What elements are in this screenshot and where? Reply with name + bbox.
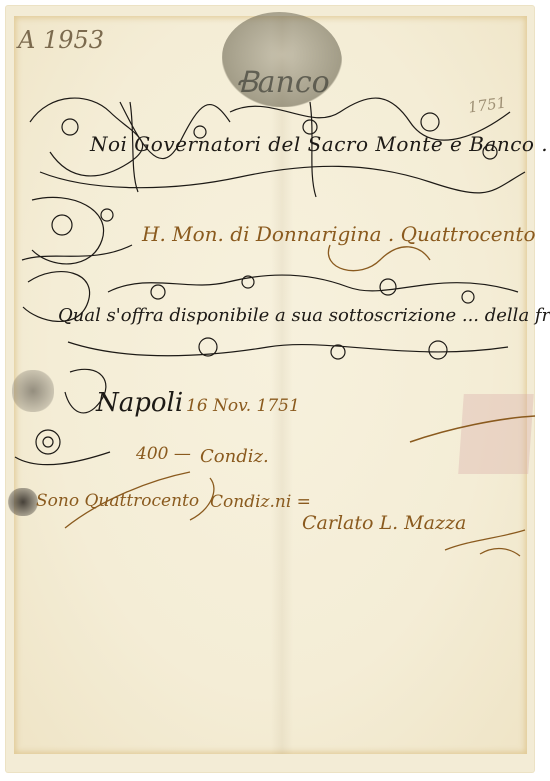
ink-blot-lower: [8, 488, 38, 516]
pencil-note-top-left: A 1953: [18, 26, 104, 54]
printed-flourish-left: [12, 190, 142, 270]
printed-line-2: Qual s'offra disponibile a sua sottoscri…: [58, 305, 550, 326]
printed-line-1: Noi Governatori del Sacro Monte e Banco …: [90, 132, 550, 156]
handwritten-condition-mark: Condiz.: [200, 446, 269, 467]
handwritten-date: 16 Nov. 1751: [186, 396, 300, 416]
right-dash-stroke: [400, 410, 540, 450]
handwritten-amount: 400 —: [136, 444, 191, 464]
amount-flourish: [60, 470, 260, 540]
printed-napoli: Napoli: [96, 388, 183, 418]
signature-flourish: [440, 520, 530, 560]
